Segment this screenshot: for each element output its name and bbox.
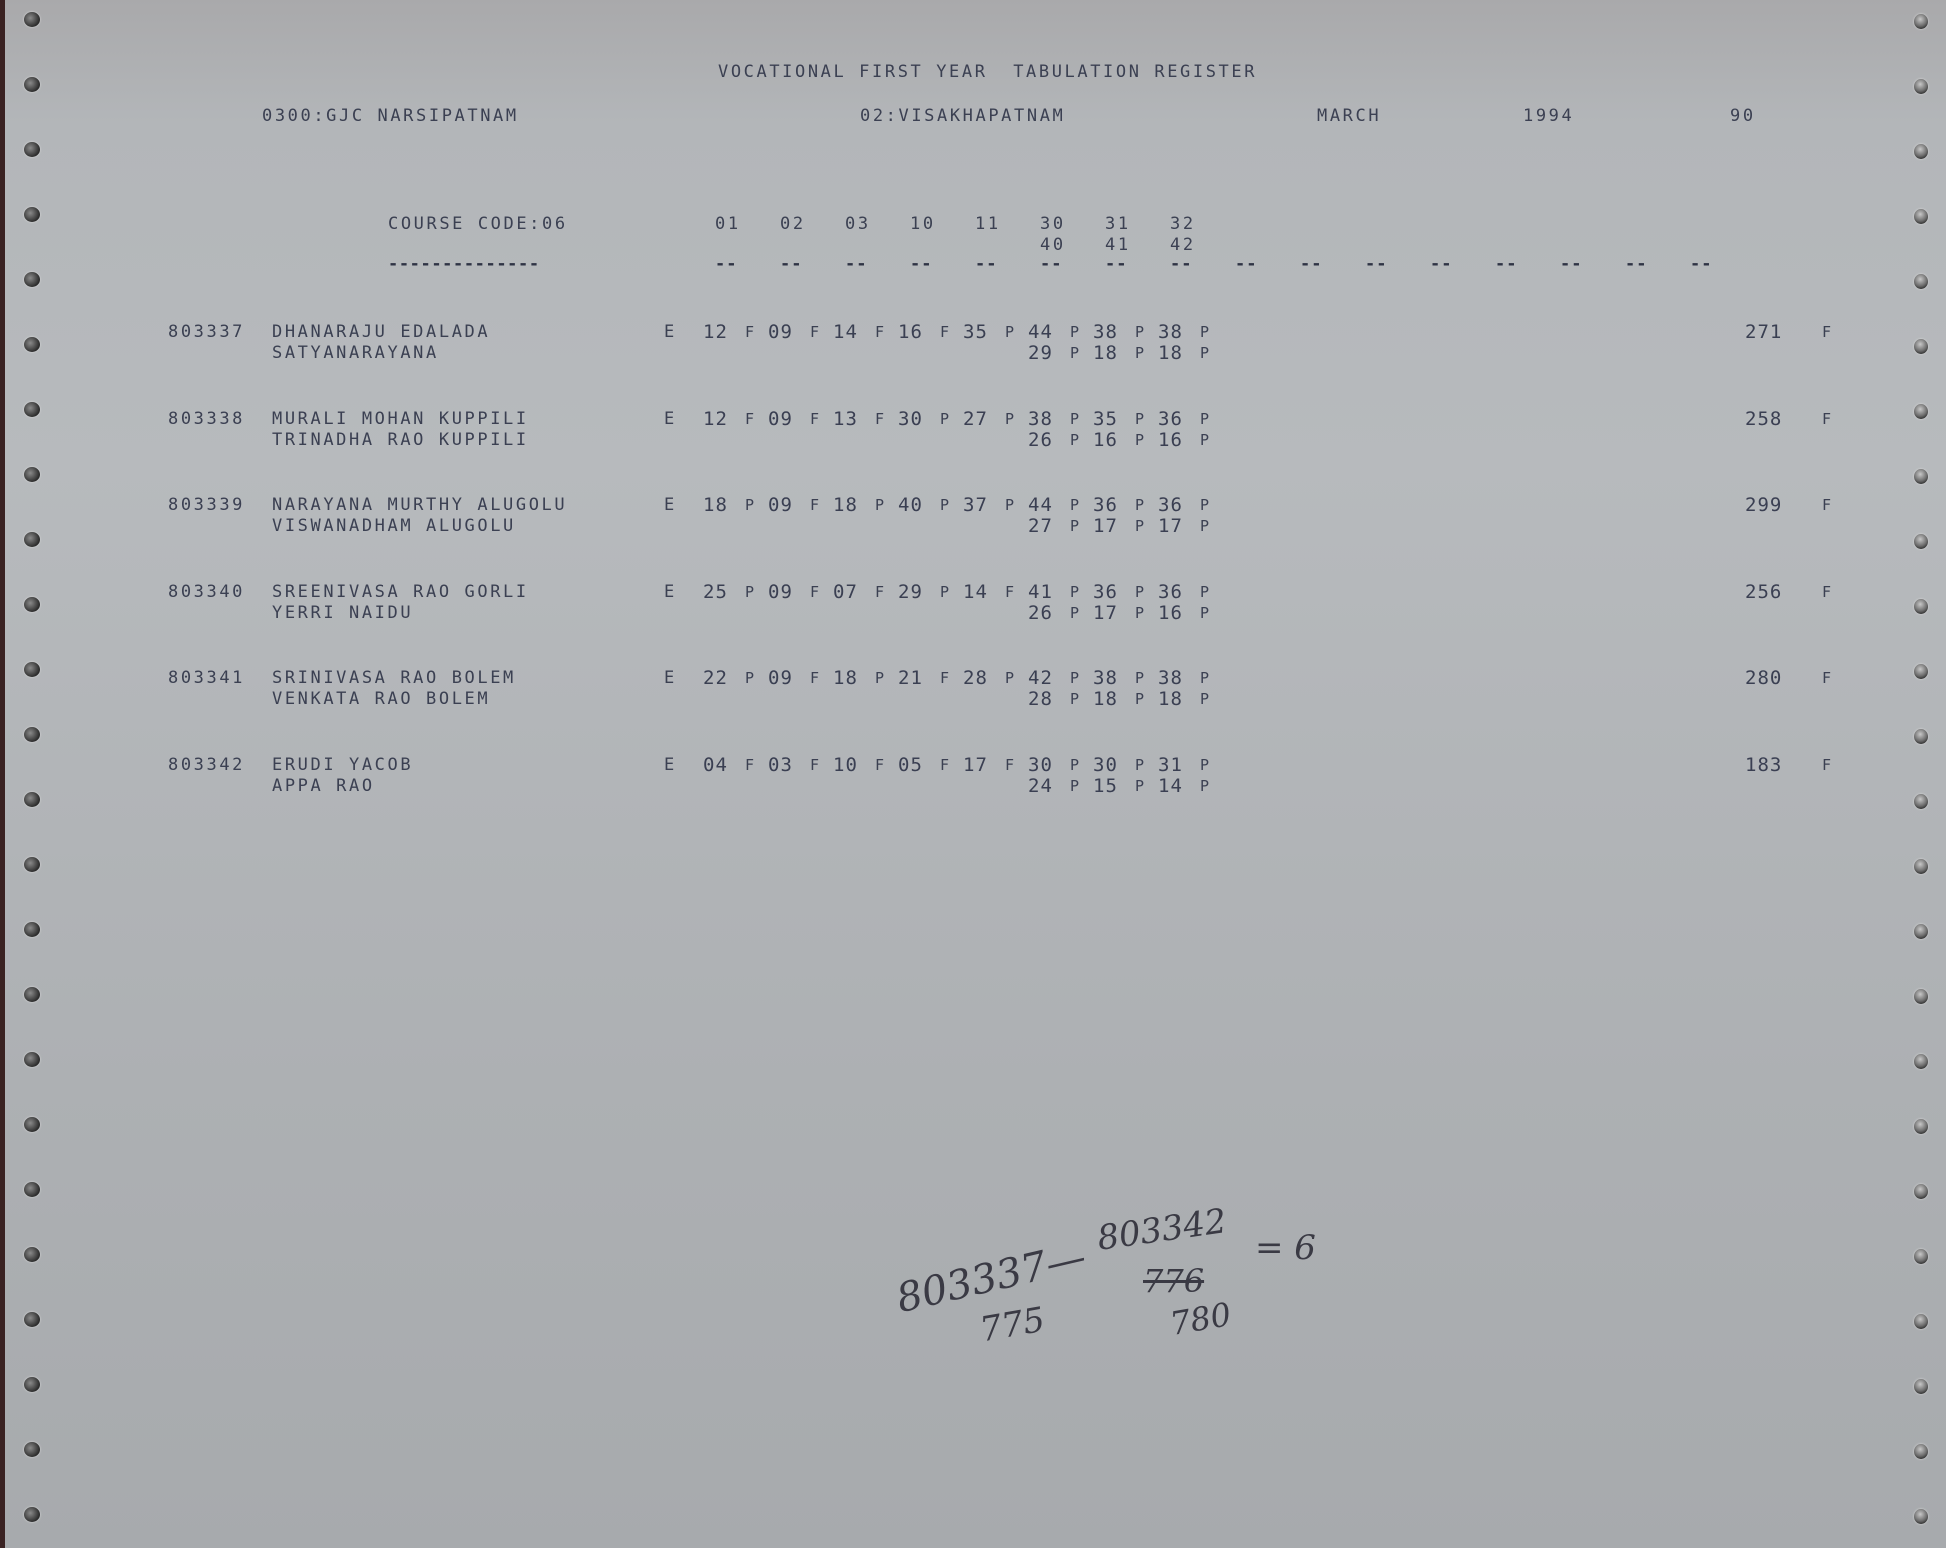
subject-mark: 41 [1028, 581, 1053, 603]
subject-mark: 04 [703, 754, 728, 776]
total-marks: 271 [1745, 321, 1782, 343]
hall-ticket-number: 803337 [168, 322, 245, 342]
subject-mark: 30 [1028, 754, 1053, 776]
feed-hole-icon [24, 532, 40, 547]
medium: E [664, 582, 677, 602]
subject-mark: 09 [768, 408, 793, 430]
college-code: 0300:GJC NARSIPATNAM [262, 106, 519, 126]
subject-mark: 18 [1158, 342, 1183, 364]
pass-fail-flag: P [1005, 669, 1017, 687]
pass-fail-flag: F [745, 756, 757, 774]
exam-month: MARCH [1317, 106, 1381, 126]
pass-fail-flag: P [1200, 517, 1212, 535]
subject-mark: 18 [703, 494, 728, 516]
subject-mark: 38 [1158, 321, 1183, 343]
subject-mark: 42 [1028, 667, 1053, 689]
subject-mark: 36 [1158, 494, 1183, 516]
pass-fail-flag: P [1135, 583, 1147, 601]
father-name: VISWANADHAM ALUGOLU [272, 516, 516, 536]
pass-fail-flag: F [810, 583, 822, 601]
pass-fail-flag: P [1005, 410, 1017, 428]
feed-hole-icon [1914, 599, 1928, 614]
subject-mark: 21 [898, 667, 923, 689]
pass-fail-flag: F [875, 323, 887, 341]
result-status: F [1822, 496, 1834, 514]
feed-hole-icon [1914, 664, 1928, 679]
subject-mark: 28 [1028, 688, 1053, 710]
pass-fail-flag: P [1070, 323, 1082, 341]
subject-code-header: 02 [780, 214, 806, 234]
column-underline: -- [1560, 254, 1582, 274]
pass-fail-flag: P [1200, 323, 1212, 341]
pass-fail-flag: P [1200, 344, 1212, 362]
father-name: APPA RAO [272, 776, 375, 796]
subject-mark: 09 [768, 667, 793, 689]
subject-mark: 30 [1093, 754, 1118, 776]
pass-fail-flag: P [1200, 669, 1212, 687]
subject-mark: 12 [703, 408, 728, 430]
feed-hole-icon [1914, 989, 1928, 1004]
subject-mark: 35 [963, 321, 988, 343]
feed-hole-icon [24, 1182, 40, 1197]
subject-mark: 17 [963, 754, 988, 776]
course-code-label: COURSE CODE:06 [388, 214, 568, 234]
student-name: MURALI MOHAN KUPPILI [272, 409, 529, 429]
subject-mark: 16 [898, 321, 923, 343]
pass-fail-flag: F [745, 410, 757, 428]
note-struck-number: 776 [1143, 1262, 1204, 1300]
column-underline: -- [1495, 254, 1517, 274]
feed-hole-icon [1914, 1184, 1928, 1199]
feed-hole-icon [24, 1507, 40, 1522]
feed-hole-icon [24, 467, 40, 482]
pass-fail-flag: P [1070, 777, 1082, 795]
pass-fail-flag: F [810, 756, 822, 774]
feed-hole-icon [1914, 14, 1928, 29]
page-number: 90 [1730, 106, 1756, 126]
pass-fail-flag: F [875, 756, 887, 774]
hall-ticket-number: 803341 [168, 668, 245, 688]
pass-fail-flag: P [1200, 431, 1212, 449]
column-underline: -- [1040, 254, 1062, 274]
medium: E [664, 668, 677, 688]
subject-mark: 36 [1093, 494, 1118, 516]
feed-hole-icon [1914, 859, 1928, 874]
subject-code-header: 03 [845, 214, 871, 234]
feed-hole-icon [24, 727, 40, 742]
feed-hole-icon [1914, 469, 1928, 484]
subject-mark: 16 [1158, 429, 1183, 451]
hall-ticket-number: 803339 [168, 495, 245, 515]
pass-fail-flag: P [1200, 604, 1212, 622]
pass-fail-flag: F [810, 323, 822, 341]
feed-hole-icon [24, 792, 40, 807]
pass-fail-flag: P [875, 496, 887, 514]
pass-fail-flag: F [745, 323, 757, 341]
district-code: 02:VISAKHAPATNAM [860, 106, 1065, 126]
total-marks: 258 [1745, 408, 1782, 430]
subject-mark: 25 [703, 581, 728, 603]
subject-mark: 40 [898, 494, 923, 516]
feed-hole-icon [1914, 1314, 1928, 1329]
subject-mark: 16 [1158, 602, 1183, 624]
pass-fail-flag: P [1070, 669, 1082, 687]
column-underline: -- [845, 254, 867, 274]
pass-fail-flag: F [810, 496, 822, 514]
feed-hole-icon [1914, 339, 1928, 354]
result-status: F [1822, 410, 1834, 428]
subject-mark: 18 [1158, 688, 1183, 710]
subject-mark: 14 [1158, 775, 1183, 797]
pass-fail-flag: P [1070, 410, 1082, 428]
feed-hole-icon [24, 1312, 40, 1327]
pass-fail-flag: P [1200, 496, 1212, 514]
feed-hole-icon [24, 142, 40, 157]
pass-fail-flag: P [1135, 344, 1147, 362]
pass-fail-flag: P [1135, 777, 1147, 795]
feed-hole-icon [24, 597, 40, 612]
pass-fail-flag: P [1135, 669, 1147, 687]
feed-hole-icon [1914, 274, 1928, 289]
pass-fail-flag: F [810, 410, 822, 428]
feed-hole-icon [24, 1052, 40, 1067]
medium: E [664, 322, 677, 342]
subject-mark: 18 [833, 667, 858, 689]
subject-mark: 44 [1028, 321, 1053, 343]
subject-code-header-secondary: 40 [1040, 235, 1066, 255]
subject-mark: 36 [1093, 581, 1118, 603]
feed-hole-icon [24, 1247, 40, 1262]
result-status: F [1822, 323, 1834, 341]
pass-fail-flag: P [940, 583, 952, 601]
pass-fail-flag: P [1200, 690, 1212, 708]
pass-fail-flag: P [1200, 777, 1212, 795]
pass-fail-flag: F [940, 756, 952, 774]
student-name: SREENIVASA RAO GORLI [272, 582, 529, 602]
subject-mark: 14 [833, 321, 858, 343]
feed-hole-icon [24, 337, 40, 352]
feed-hole-icon [24, 1117, 40, 1132]
subject-mark: 10 [833, 754, 858, 776]
note-left-number: 775 [977, 1300, 1048, 1351]
pass-fail-flag: F [875, 583, 887, 601]
feed-hole-icon [1914, 1054, 1928, 1069]
report-title: VOCATIONAL FIRST YEAR TABULATION REGISTE… [718, 62, 1257, 82]
pass-fail-flag: P [1135, 496, 1147, 514]
feed-hole-icon [24, 402, 40, 417]
pass-fail-flag: P [1200, 410, 1212, 428]
student-name: NARAYANA MURTHY ALUGOLU [272, 495, 567, 515]
column-underline: -- [1365, 254, 1387, 274]
medium: E [664, 495, 677, 515]
pass-fail-flag: P [1070, 583, 1082, 601]
pass-fail-flag: P [745, 669, 757, 687]
feed-hole-icon [1914, 79, 1928, 94]
feed-hole-icon [1914, 534, 1928, 549]
subject-code-header: 11 [975, 214, 1001, 234]
subject-code-header: 32 [1170, 214, 1196, 234]
pass-fail-flag: P [1005, 323, 1017, 341]
result-status: F [1822, 756, 1834, 774]
feed-hole-icon [1914, 794, 1928, 809]
pass-fail-flag: P [1070, 431, 1082, 449]
student-name: ERUDI YACOB [272, 755, 413, 775]
subject-mark: 28 [963, 667, 988, 689]
medium: E [664, 755, 677, 775]
feed-hole-icon [1914, 404, 1928, 419]
subject-mark: 18 [1093, 688, 1118, 710]
pass-fail-flag: P [940, 410, 952, 428]
father-name: YERRI NAIDU [272, 603, 413, 623]
subject-mark: 03 [768, 754, 793, 776]
pass-fail-flag: P [940, 496, 952, 514]
subject-mark: 27 [963, 408, 988, 430]
column-underline: -- [910, 254, 932, 274]
result-status: F [1822, 669, 1834, 687]
total-marks: 280 [1745, 667, 1782, 689]
note-corrected-number: 780 [1167, 1295, 1234, 1343]
subject-mark: 44 [1028, 494, 1053, 516]
pass-fail-flag: P [1200, 756, 1212, 774]
subject-mark: 14 [963, 581, 988, 603]
pass-fail-flag: P [1135, 690, 1147, 708]
subject-mark: 15 [1093, 775, 1118, 797]
column-underline: -- [1170, 254, 1192, 274]
subject-mark: 07 [833, 581, 858, 603]
feed-hole-icon [1914, 924, 1928, 939]
column-underline: -- [780, 254, 802, 274]
subject-mark: 09 [768, 321, 793, 343]
pass-fail-flag: P [1135, 756, 1147, 774]
pass-fail-flag: F [810, 669, 822, 687]
feed-hole-icon [24, 987, 40, 1002]
feed-hole-icon [24, 207, 40, 222]
pass-fail-flag: F [1005, 583, 1017, 601]
feed-hole-icon [24, 1377, 40, 1392]
column-underline: -- [975, 254, 997, 274]
father-name: VENKATA RAO BOLEM [272, 689, 490, 709]
subject-mark: 18 [833, 494, 858, 516]
pass-fail-flag: P [1135, 604, 1147, 622]
pass-fail-flag: P [1135, 410, 1147, 428]
result-status: F [1822, 583, 1834, 601]
subject-mark: 24 [1028, 775, 1053, 797]
feed-hole-icon [24, 922, 40, 937]
feed-hole-icon [24, 12, 40, 27]
hall-ticket-number: 803342 [168, 755, 245, 775]
subject-mark: 13 [833, 408, 858, 430]
feed-hole-icon [1914, 1444, 1928, 1459]
subject-mark: 30 [898, 408, 923, 430]
student-name: DHANARAJU EDALADA [272, 322, 490, 342]
subject-mark: 16 [1093, 429, 1118, 451]
feed-hole-icon [24, 1442, 40, 1457]
subject-mark: 17 [1093, 515, 1118, 537]
pass-fail-flag: P [1135, 323, 1147, 341]
pass-fail-flag: P [745, 496, 757, 514]
note-count: = 6 [1255, 1228, 1316, 1268]
pass-fail-flag: F [940, 323, 952, 341]
father-name: SATYANARAYANA [272, 343, 439, 363]
column-underline: -- [715, 254, 737, 274]
subject-mark: 38 [1093, 667, 1118, 689]
pass-fail-flag: P [1070, 756, 1082, 774]
column-underline: -- [1690, 254, 1712, 274]
subject-mark: 17 [1158, 515, 1183, 537]
feed-hole-icon [1914, 209, 1928, 224]
feed-hole-icon [24, 662, 40, 677]
subject-mark: 36 [1158, 408, 1183, 430]
pass-fail-flag: P [1070, 604, 1082, 622]
subject-mark: 29 [898, 581, 923, 603]
subject-code-header: 01 [715, 214, 741, 234]
subject-mark: 26 [1028, 429, 1053, 451]
pass-fail-flag: P [745, 583, 757, 601]
paper-edge [0, 0, 5, 1548]
column-underline: -- [1625, 254, 1647, 274]
feed-hole-icon [1914, 729, 1928, 744]
course-underline: -------------- [388, 254, 540, 274]
feed-hole-icon [1914, 1379, 1928, 1394]
subject-code-header: 10 [910, 214, 936, 234]
pass-fail-flag: F [1005, 756, 1017, 774]
subject-mark: 38 [1093, 321, 1118, 343]
hall-ticket-number: 803340 [168, 582, 245, 602]
medium: E [664, 409, 677, 429]
pass-fail-flag: F [875, 410, 887, 428]
exam-year: 1994 [1523, 106, 1574, 126]
pass-fail-flag: P [1070, 496, 1082, 514]
subject-mark: 18 [1093, 342, 1118, 364]
subject-mark: 37 [963, 494, 988, 516]
subject-mark: 05 [898, 754, 923, 776]
subject-mark: 26 [1028, 602, 1053, 624]
pass-fail-flag: P [1135, 517, 1147, 535]
total-marks: 299 [1745, 494, 1782, 516]
subject-mark: 22 [703, 667, 728, 689]
subject-mark: 31 [1158, 754, 1183, 776]
subject-mark: 38 [1028, 408, 1053, 430]
column-underline: -- [1300, 254, 1322, 274]
subject-mark: 29 [1028, 342, 1053, 364]
feed-hole-icon [1914, 1119, 1928, 1134]
feed-hole-icon [24, 857, 40, 872]
feed-hole-icon [1914, 1249, 1928, 1264]
pass-fail-flag: P [1135, 431, 1147, 449]
total-marks: 256 [1745, 581, 1782, 603]
subject-mark: 35 [1093, 408, 1118, 430]
pass-fail-flag: P [1005, 496, 1017, 514]
pass-fail-flag: P [1070, 690, 1082, 708]
note-range-end: 803342 [1095, 1201, 1229, 1259]
subject-mark: 09 [768, 494, 793, 516]
subject-code-header: 30 [1040, 214, 1066, 234]
pass-fail-flag: P [1200, 583, 1212, 601]
subject-mark: 09 [768, 581, 793, 603]
pass-fail-flag: P [875, 669, 887, 687]
feed-hole-icon [1914, 1509, 1928, 1524]
feed-hole-icon [1914, 144, 1928, 159]
total-marks: 183 [1745, 754, 1782, 776]
column-underline: -- [1430, 254, 1452, 274]
feed-hole-icon [24, 272, 40, 287]
column-underline: -- [1235, 254, 1257, 274]
column-underline: -- [1105, 254, 1127, 274]
pass-fail-flag: P [1070, 344, 1082, 362]
subject-mark: 27 [1028, 515, 1053, 537]
subject-code-header: 31 [1105, 214, 1131, 234]
subject-mark: 12 [703, 321, 728, 343]
pass-fail-flag: F [940, 669, 952, 687]
hall-ticket-number: 803338 [168, 409, 245, 429]
subject-mark: 17 [1093, 602, 1118, 624]
father-name: TRINADHA RAO KUPPILI [272, 430, 529, 450]
student-name: SRINIVASA RAO BOLEM [272, 668, 516, 688]
subject-mark: 36 [1158, 581, 1183, 603]
subject-mark: 38 [1158, 667, 1183, 689]
pass-fail-flag: P [1070, 517, 1082, 535]
subject-code-header-secondary: 41 [1105, 235, 1131, 255]
feed-hole-icon [24, 77, 40, 92]
subject-code-header-secondary: 42 [1170, 235, 1196, 255]
